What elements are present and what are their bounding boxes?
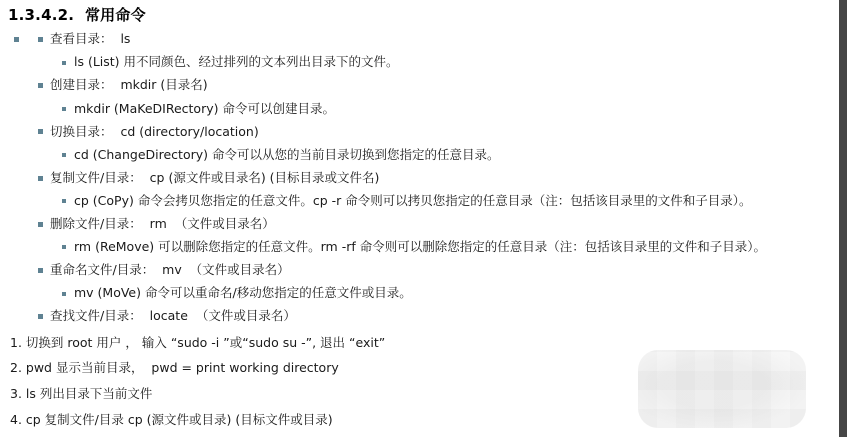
- bullet-level3-icon: [62, 199, 66, 203]
- bullet-level3-icon: [62, 153, 66, 157]
- command-desc: mkdir (MaKeDIRectory) 命令可以创建目录。: [74, 103, 335, 116]
- list-item: 切换目录： cd (directory/location): [0, 120, 766, 143]
- note-text: 1. 切换到 root 用户 ， 输入 “sudo -i ”或“sudo su …: [10, 337, 385, 350]
- bullet-level2-icon: [38, 222, 43, 227]
- list-item: mv (MoVe) 命令可以重命名/移动您指定的任意文件或目录。: [0, 282, 766, 305]
- list-item: 重命名文件/目录： mv （文件或目录名）: [0, 259, 766, 282]
- command-desc: cd (ChangeDirectory) 命令可以从您的当前目录切换到您指定的任…: [74, 149, 499, 162]
- notes-list: 1. 切换到 root 用户 ， 输入 “sudo -i ”或“sudo su …: [10, 330, 385, 433]
- list-item: 复制文件/目录： cp (源文件或目录名) (目标目录或文件名): [0, 167, 766, 190]
- list-item: 创建目录： mkdir (目录名): [0, 74, 766, 97]
- command-desc: mv (MoVe) 命令可以重命名/移动您指定的任意文件或目录。: [74, 287, 412, 300]
- note-text: 2. pwd 显示当前目录， pwd = print working direc…: [10, 362, 339, 375]
- bullet-level2-icon: [38, 83, 43, 88]
- bullet-level3-icon: [62, 61, 66, 65]
- command-desc: cp (CoPy) 命令会拷贝您指定的任意文件。cp -r 命令则可以拷贝您指定…: [74, 195, 751, 208]
- bullet-level3-icon: [62, 292, 66, 296]
- note-item: 4. cp 复制文件/目录 cp (源文件或目录) (目标文件或目录): [10, 407, 385, 433]
- note-item: 1. 切换到 root 用户 ， 输入 “sudo -i ”或“sudo su …: [10, 330, 385, 356]
- command-desc: ls (List) 用不同颜色、经过排列的文本列出目录下的文件。: [74, 56, 399, 69]
- command-label: 删除文件/目录： rm （文件或目录名）: [50, 218, 275, 231]
- note-text: 4. cp 复制文件/目录 cp (源文件或目录) (目标文件或目录): [10, 414, 333, 427]
- command-label: 创建目录： mkdir (目录名): [50, 79, 208, 92]
- bullet-level3-icon: [62, 107, 66, 111]
- blurred-watermark: [638, 350, 806, 428]
- command-label: 复制文件/目录： cp (源文件或目录名) (目标目录或文件名): [50, 172, 379, 185]
- command-label: 查找文件/目录： locate （文件或目录名）: [50, 310, 296, 323]
- bullet-level1-icon: [14, 37, 19, 42]
- bullet-level2-icon: [38, 314, 43, 319]
- bullet-level2-icon: [38, 37, 43, 42]
- list-item: rm (ReMove) 可以删除您指定的任意文件。rm -rf 命令则可以删除您…: [0, 236, 766, 259]
- command-label: 查看目录： ls: [50, 33, 130, 46]
- bullet-level2-icon: [38, 268, 43, 273]
- bullet-level2-icon: [38, 129, 43, 134]
- section-title: 1.3.4.2. 常用命令: [8, 4, 146, 25]
- right-dark-edge: [839, 0, 847, 437]
- command-list: 查看目录： ls ls (List) 用不同颜色、经过排列的文本列出目录下的文件…: [0, 28, 766, 328]
- note-text: 3. ls 列出目录下当前文件: [10, 388, 152, 401]
- list-item: cp (CoPy) 命令会拷贝您指定的任意文件。cp -r 命令则可以拷贝您指定…: [0, 190, 766, 213]
- command-label: 切换目录： cd (directory/location): [50, 126, 259, 139]
- command-desc: rm (ReMove) 可以删除您指定的任意文件。rm -rf 命令则可以删除您…: [74, 241, 766, 254]
- list-item: cd (ChangeDirectory) 命令可以从您的当前目录切换到您指定的任…: [0, 143, 766, 166]
- list-item: 查看目录： ls: [0, 28, 766, 51]
- bullet-level3-icon: [62, 245, 66, 249]
- list-item: mkdir (MaKeDIRectory) 命令可以创建目录。: [0, 97, 766, 120]
- list-item: 查找文件/目录： locate （文件或目录名）: [0, 305, 766, 328]
- bullet-level2-icon: [38, 176, 43, 181]
- command-label: 重命名文件/目录： mv （文件或目录名）: [50, 264, 290, 277]
- note-item: 2. pwd 显示当前目录， pwd = print working direc…: [10, 356, 385, 382]
- note-item: 3. ls 列出目录下当前文件: [10, 382, 385, 408]
- list-item: ls (List) 用不同颜色、经过排列的文本列出目录下的文件。: [0, 51, 766, 74]
- list-item: 删除文件/目录： rm （文件或目录名）: [0, 213, 766, 236]
- document-page: 1.3.4.2. 常用命令 查看目录： ls ls (List) 用不同颜色、经…: [0, 0, 847, 437]
